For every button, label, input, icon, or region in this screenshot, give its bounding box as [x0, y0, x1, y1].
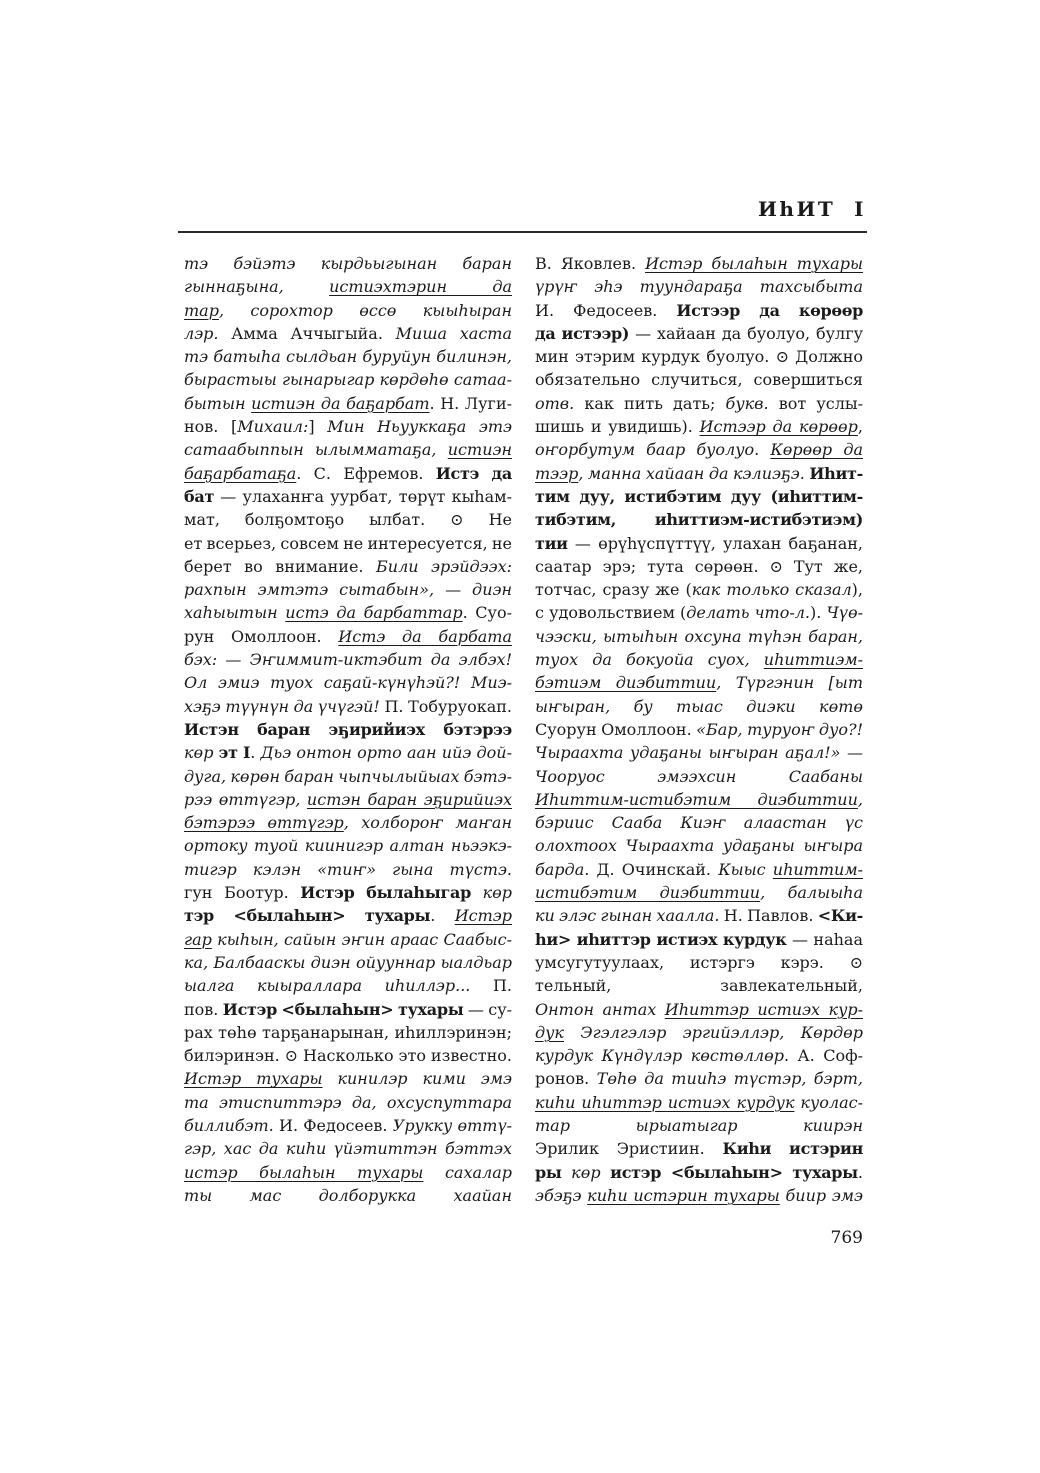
citation-text: как только сказал [692, 580, 852, 599]
text-segment: Н. Павлов. [720, 906, 818, 925]
citation-text: курдук Күндүлэр көстөллөр. [535, 1046, 789, 1065]
cited-form-text: Истэр былаһын тухары [645, 254, 863, 273]
text-line: бэриис Сааба Киэҥ алаастан үс биэрэстэ [535, 811, 863, 834]
headword-text: ры [535, 1163, 562, 1182]
text-segment: рун Омоллоон. [184, 627, 338, 646]
citation-text: тигэр кэлэн «тиҥ» гына түстэ. [184, 860, 512, 879]
text-line: бытын истиэн да баҕарбат. Н. Луги- [184, 392, 512, 415]
text-segment: тотчас, сразу же ( [535, 580, 692, 599]
text-line: умсугутуулаах, истэргэ кэрэ. ⊙ Увлека- [535, 951, 863, 974]
text-line: рээ өттүгэр, истэн баран эҕирийиэх [184, 788, 512, 811]
text-segment: . Н. Луги- [430, 394, 512, 413]
text-line: та этиспиттэрэ да, охсуспуттара да [184, 1091, 512, 1114]
text-segment: нов. [ [184, 417, 237, 436]
text-line: тибэтим, иһиттиэм-истибэтиэм) диэбит- [535, 508, 863, 531]
text-segment: рах төһө тарҕанарынан, иһиллэринэн; киһи [184, 1023, 512, 1044]
text-segment: ), [852, 580, 863, 599]
citation-text: бырастыы гынарыгар көрдөһө сатаа- [184, 370, 512, 389]
citation-text: рээ өттүгэр, [184, 790, 307, 809]
text-segment: ет всерьез, совсем не интересуется, не [184, 534, 512, 553]
text-line: тар ырыатыгар киирэн таҕыстылар. [535, 1114, 863, 1137]
text-line: тар, сорохтор өссө кыыһыран кэбиһэл- [184, 299, 512, 322]
citation-text: гыннаҕына, [184, 277, 329, 296]
text-segment: мат, болҕомтоҕо ылбат. ⊙ Не принима- [184, 510, 512, 531]
text-segment: билэринэн. ⊙ Насколько это известно. [184, 1046, 512, 1065]
headword-text: да истээр) [535, 324, 629, 343]
citation-text: олохтоох Чыраахта удаҕаны ыҥыра [535, 836, 863, 855]
text-line: пов. Истэр <былаһын> тухары — су- [184, 998, 512, 1021]
text-line: эбэҕэ киһи истэрин тухары биир эмэ [535, 1184, 863, 1207]
citation-text: сатаабыппын ылымматаҕа, [184, 440, 448, 459]
citation-text: Ол эмиэ туох саҕай-күнүһэй?! Миэ- [184, 673, 512, 692]
text-segment: ронов. [535, 1069, 597, 1088]
cited-form-text: тээр [535, 464, 578, 483]
citation-text: Мин Ньууккаҕа этэ [327, 417, 512, 436]
text-line: Онтон антах Иһиттэр истиэх кур- [535, 998, 863, 1021]
text-line: мат, болҕомтоҕо ылбат. ⊙ Не принима- [184, 508, 512, 531]
citation-text: Михаил: [237, 417, 308, 436]
citation-text: тэ бэйэтэ кырдьыгынан баран көрөөрү [184, 254, 512, 275]
text-segment: берет во внимание. [184, 557, 376, 576]
citation-text: бэриис Сааба Киэҥ алаастан үс биэрэстэ [535, 813, 863, 834]
text-line: истэр былаһын тухары сахалар быһы- [184, 1161, 512, 1184]
cited-form-text: истэ да барбаттар [285, 603, 462, 622]
text-line: Чооруос эмээхсин Саабаны көбүөлээтэ. [535, 765, 863, 788]
citation-text: делать что-л. [686, 603, 810, 622]
citation-text: көр [471, 883, 512, 902]
text-line: ронов. Төһө да тииһэ түстэр, бэрт, [535, 1067, 863, 1090]
text-line: рахпын эмтэтэ сытабын», — диэн [184, 578, 512, 601]
headword-text: һи> иһиттэр истиэх курдук [535, 930, 786, 949]
text-line: тэ бэйэтэ кырдьыгынан баран көрөөрү [184, 252, 512, 275]
text-segment: — наһаа [786, 930, 863, 949]
citation-text: ты мас долборукка хаайан оҥороллоро. [184, 1186, 512, 1207]
text-line: көр эт I. Дьэ онтон орто аан ийэ дой- [184, 741, 512, 764]
text-line: тим дуу, истибэтим дуу (иһиттим-ис- [535, 485, 863, 508]
text-segment: , [858, 417, 863, 436]
text-line: Иһиттим-истибэтим диэбиттии, Мэй- [535, 788, 863, 811]
cited-form-text: бэтэрээ өттүгэр [184, 813, 344, 832]
citation-text: эбэҕэ [535, 1186, 587, 1205]
text-line: бат — улаханҥа уурбат, төрүт кыһам- [184, 485, 512, 508]
citation-text: Урукку өттү- [393, 1116, 512, 1135]
text-segment: . [430, 906, 454, 925]
text-line: И. Федосеев. Истээр да көрөөр (көрөөр [535, 299, 863, 322]
text-line: истибэтим диэбиттии, балыыһа диэ- [535, 881, 863, 904]
citation-text: хэҕэ түүнүн да үчүгэй! [184, 697, 380, 716]
text-line: бырастыы гынарыгар көрдөһө сатаа- [184, 368, 512, 391]
text-line: ыалга кыыраллара иһиллэр... П. Филип- [184, 974, 512, 997]
text-line: нов. [Михаил:] Мин Ньууккаҕа этэ [184, 415, 512, 438]
text-segment: вот услы- [769, 394, 863, 413]
citation-text: Дьэ онтон орто аан ийэ дой- [261, 743, 512, 762]
text-segment: В. Яковлев. [535, 254, 645, 273]
text-segment: как пить дать; [574, 394, 725, 413]
text-line: гыннаҕына, истиэхтэрин да баҕарбат- [184, 275, 512, 298]
text-line: сатаабыппын ылымматаҕа, истиэн да [184, 438, 512, 461]
headword-text: тибэтим, иһиттиэм-истибэтиэм) диэбит- [535, 510, 863, 531]
text-line: һи> иһиттэр истиэх курдук — наһаа [535, 928, 863, 951]
text-line: үрүҥ эһэ туундараҕа тахсыбыта суоҕа. [535, 275, 863, 298]
citation-text: туох да бокуойа суох, [535, 650, 764, 669]
citation-text: кыһын, сайын эҥин араас Саабыс- [212, 930, 512, 949]
headword-text: Истэр былаһыгар [300, 883, 471, 902]
text-line: билэринэн. ⊙ Насколько это известно. [184, 1044, 512, 1067]
text-line: барда. Д. Очинскай. Кыыс иһиттим- [535, 858, 863, 881]
text-line: биллибэт. И. Федосеев. Урукку өттү- [184, 1114, 512, 1137]
text-segment: . Суо- [463, 603, 512, 622]
text-segment: Эрилик Эристиин. [535, 1139, 722, 1158]
cited-form-text: истэр былаһын тухары [184, 1163, 423, 1182]
text-line: рун Омоллоон. Истэ да барбата Түлүр- [184, 625, 512, 648]
text-line: ры көр истэр <былаһын> тухары. Бу [535, 1161, 863, 1184]
text-segment: Суорун Омоллоон. [535, 720, 696, 739]
cited-form-text: киһи истэрин тухары [587, 1186, 780, 1205]
text-line: Истэр тухары кинилэр кими эмэ кыт- [184, 1067, 512, 1090]
citation-text: отв. [535, 394, 574, 413]
text-line: дуга, көрөн баран чыпчылыйыах бэтэ- [184, 765, 512, 788]
cited-form-text: Истэр тухары [184, 1069, 323, 1088]
text-line: да истээр) — хайаан да буолуо, булгу [535, 322, 863, 345]
citation-text: көр [184, 743, 219, 762]
text-line: тотчас, сразу же (как только сказал), [535, 578, 863, 601]
page-header-title: ИһИТ I [178, 197, 866, 221]
cited-form-text: киһи иһиттэр истиэх курдук [535, 1093, 795, 1112]
citation-text: гэр, хас да киһи үйэтиттэн бэттэх [184, 1139, 512, 1158]
headword-text: эт I [219, 743, 251, 762]
text-line: ка, Балбааскы диэн ойууннар ыалдьар [184, 951, 512, 974]
text-segment: гун Боотур. [184, 883, 300, 902]
citation-text: Төһө да тииһэ түстэр, бэрт, [597, 1069, 863, 1088]
text-line: ет всерьез, совсем не интересуется, не [184, 532, 512, 555]
text-segment: шишь и увидишь). [535, 417, 700, 436]
text-line: отв. как пить дать; букв. вот услы- [535, 392, 863, 415]
text-line: В. Яковлев. Истэр былаһын тухары [535, 252, 863, 275]
text-line: бэтэрээ өттүгэр, холбороҥ маҥан хочо [184, 811, 512, 834]
text-line: тэ батыһа сылдьан буруйун билинэн, [184, 345, 512, 368]
citation-text: лэр. [184, 324, 218, 343]
citation-text: Чооруос эмээхсин Саабаны көбүөлээтэ. [535, 767, 863, 788]
text-line: олохтоох Чыраахта удаҕаны ыҥыра [535, 834, 863, 857]
citation-text: биир эмэ [780, 1186, 863, 1205]
text-line: тельный, завлекательный, захватывающий. [535, 974, 863, 997]
headword-text: тим дуу, истибэтим дуу (иһиттим-ис- [535, 487, 863, 508]
citation-text: көр [562, 1163, 611, 1182]
text-line: киһи иһиттэр истиэх курдук куолас- [535, 1091, 863, 1114]
cited-form-text: истиэн да баҕарбат [251, 394, 429, 413]
text-line: бэтиэм диэбиттии, Түргэнин [ыт аата] [535, 671, 863, 694]
text-line: Ол эмиэ туох саҕай-күнүһэй?! Миэ- [184, 671, 512, 694]
cited-form-text: дук [535, 1023, 564, 1042]
citation-text: тэ батыһа сылдьан буруйун билинэн, [184, 347, 512, 366]
cited-form-text: Иһиттим-истибэтим диэбиттии [535, 790, 858, 809]
text-line: шишь и увидишь). Истээр да көрөөр, [535, 415, 863, 438]
cited-form-text: истибэтим диэбиттии [535, 883, 760, 902]
text-segment: . [250, 743, 260, 762]
citation-text: тар ырыатыгар киирэн таҕыстылар. [535, 1116, 863, 1137]
text-line: гэр, хас да киһи үйэтиттэн бэттэх [184, 1137, 512, 1160]
text-segment: — су- [463, 1000, 512, 1019]
text-segment: — улаханҥа уурбат, төрүт кыһам- [214, 487, 512, 506]
citation-text: барда. [535, 860, 589, 879]
citation-text: ыалга кыыраллара иһиллэр... [184, 976, 470, 995]
cited-form-text: Иһиттэр истиэх кур- [665, 1000, 863, 1019]
headword-text: Иһит- [809, 464, 863, 483]
text-line: мин этэрим курдук буолуо. ⊙ Должно [535, 345, 863, 368]
text-line: туох да бокуойа суох, иһиттиэм-исти- [535, 648, 863, 671]
headword-text: тэр <былаһын> тухары [184, 906, 430, 925]
headword-text: Истэр <былаһын> тухары [223, 1000, 464, 1019]
text-line: Чыраахта удаҕаны ыҥыран аҕал!» — [535, 741, 863, 764]
headword-text: истэр <былаһын> тухары [610, 1163, 858, 1182]
text-line: хаһыытын истэ да барбаттар. Суо- [184, 601, 512, 624]
cited-form-text: истэн баран эҕирийиэх [307, 790, 512, 809]
dictionary-page: ИһИТ I тэ бэйэтэ кырдьыгынан баран көрөө… [0, 0, 1040, 1473]
text-segment: П. Тобуруокап. [380, 697, 512, 716]
citation-text: ыҥыран, бу тыас диэки көтө турбута. [535, 697, 863, 718]
cited-form-text: иһиттим- [773, 860, 863, 879]
text-segment: саатар эрэ; тута сөрөөн. ⊙ Тут же, [535, 557, 863, 576]
citation-text: биллибэт. [184, 1116, 274, 1135]
citation-text: дуга, көрөн баран чыпчылыйыах бэтэ- [184, 767, 512, 786]
text-segment: ] [308, 417, 327, 436]
text-line: курдук Күндүлэр көстөллөр. А. Соф- [535, 1044, 863, 1067]
text-segment: обязательно случиться, совершиться ( [535, 370, 863, 391]
text-line: с удовольствием (делать что-л.). Чүө- [535, 601, 863, 624]
headword-text: тии [535, 534, 568, 553]
text-segment: Амма Аччыгыйа. [218, 324, 395, 343]
text-segment: умсугутуулаах, истэргэ кэрэ. ⊙ Увлека- [535, 953, 863, 974]
text-segment: . С. Ефремов. [296, 464, 435, 483]
text-line: ки элэс гынан хаалла. Н. Павлов. <Ки- [535, 904, 863, 927]
text-line: ортоку туой киинигэр алтан ньээкэ- [184, 834, 512, 857]
text-line: лэр. Амма Аччыгыйа. Миша хаста эмэ- [184, 322, 512, 345]
text-line: тэр <былаһын> тухары. Истэр былаһы- [184, 904, 512, 927]
text-line: чээски, ытыһын охсуна түһэн баран, [535, 625, 863, 648]
text-segment: — хайаан да буолуо, булгу [629, 324, 863, 343]
cited-form-text: гар [184, 930, 212, 949]
column-left: тэ бэйэтэ кырдьыгынан баран көрөөрүгынна… [184, 252, 512, 1207]
citation-text: «Бар, туруоҥ дуо?! [696, 720, 863, 739]
text-segment: с удовольствием ( [535, 603, 686, 622]
citation-text: , манна хайаан да кэлиэҕэ. [578, 464, 809, 483]
citation-text: ки элэс гынан хаалла. [535, 906, 720, 925]
headword-text: Истэн баран эҕирийиэх бэтэрээ өттүгэр [184, 720, 512, 741]
text-segment: И. Федосеев. [535, 301, 676, 320]
cited-form-text: баҕарбатаҕа [184, 464, 296, 483]
text-segment: — өрүһүспүттүү, улахан баҕанан, [568, 534, 863, 553]
text-line: ыҥыран, бу тыас диэки көтө турбута. [535, 695, 863, 718]
cited-form-text: Истэ да барбата [338, 627, 512, 646]
text-segment: Д. Очинскай. [589, 860, 718, 879]
citation-text: та этиспиттэрэ да, охсуспуттара да [184, 1093, 512, 1114]
header-divider-rule [178, 231, 867, 233]
citation-text: рахпын эмтэтэ сытабын», — диэн [184, 580, 512, 599]
text-line: рах төһө тарҕанарынан, иһиллэринэн; киһи [184, 1021, 512, 1044]
text-line: ты мас долборукка хаайан оҥороллоро. [184, 1184, 512, 1207]
text-line: тии — өрүһүспүттүү, улахан баҕанан, [535, 532, 863, 555]
text-segment: А. Соф- [789, 1046, 863, 1065]
text-segment: ). [810, 603, 826, 622]
text-segment: пов. [184, 1000, 223, 1019]
cited-form-text: бэтиэм диэбиттии [535, 673, 716, 692]
citation-text: үрүҥ эһэ туундараҕа тахсыбыта суоҕа. [535, 277, 863, 298]
citation-text: Чыраахта удаҕаны ыҥыран аҕал!» — [535, 743, 863, 762]
text-line: бэх: — Эҥиммит-иктэбит да элбэх! [184, 648, 512, 671]
citation-text: Эгэлгэлэр эргийэллэр, Көрдөр көрүөх [535, 1023, 863, 1044]
text-line: гун Боотур. Истэр былаһыгар көр ис- [184, 881, 512, 904]
cited-form-text: тар [184, 301, 219, 320]
text-line: Суорун Омоллоон. «Бар, туруоҥ дуо?! [535, 718, 863, 741]
text-line: саатар эрэ; тута сөрөөн. ⊙ Тут же, [535, 555, 863, 578]
text-line: оҥорбутум баар буолуо. Көрөөр да ис- [535, 438, 863, 461]
text-line: тээр, манна хайаан да кэлиэҕэ. Иһит- [535, 462, 863, 485]
text-line: Эрилик Эристиин. Киһи истэрин туха- [535, 1137, 863, 1160]
text-line: Истэн баран эҕирийиэх бэтэрээ өттүгэр [184, 718, 512, 741]
headword-text: бат [184, 487, 214, 506]
citation-text: чээски, ытыһын охсуна түһэн баран, [535, 627, 863, 646]
text-line: берет во внимание. Били эрэйдээх: «Ха- [184, 555, 512, 578]
page-number: 769 [535, 1228, 863, 1248]
text-line: баҕарбатаҕа. С. Ефремов. Истэ да бар- [184, 462, 512, 485]
text-line: тигэр кэлэн «тиҥ» гына түстэ. Ньур- [184, 858, 512, 881]
citation-text: Кыыс [718, 860, 773, 879]
citation-text: , сорохтор өссө кыыһыран кэбиһэл- [184, 301, 512, 322]
citation-text: бэх: — Эҥиммит-иктэбит да элбэх! [184, 650, 512, 669]
citation-text: оҥорбутум баар буолуо. [535, 440, 770, 459]
text-line: дук Эгэлгэлэр эргийэллэр, Көрдөр көрүөх [535, 1021, 863, 1044]
text-line: обязательно случиться, совершиться (со- [535, 368, 863, 391]
citation-text: Онтон антах [535, 1000, 665, 1019]
text-segment: И. Федосеев. [274, 1116, 393, 1135]
cited-form-text: Истээр да көрөөр [700, 417, 858, 436]
text-segment: тельный, завлекательный, захватывающий. [535, 976, 863, 997]
citation-text: ка, Балбааскы диэн ойууннар ыалдьар [184, 953, 512, 972]
headword-text: <Ки- [818, 906, 863, 925]
citation-text: букв. [726, 394, 769, 413]
text-segment: мин этэрим курдук буолуо. ⊙ Должно [535, 347, 863, 366]
column-right: В. Яковлев. Истэр былаһын тухарыүрүҥ эһэ… [535, 252, 863, 1207]
text-segment: . [858, 1163, 863, 1182]
citation-text: ортоку туой киинигэр алтан ньээкэ- [184, 836, 512, 855]
citation-text: куолас- [795, 1093, 864, 1112]
text-line: хэҕэ түүнүн да үчүгэй! П. Тобуруокап. [184, 695, 512, 718]
citation-text: Чүө- [826, 603, 863, 622]
citation-text: хаһыытын [184, 603, 285, 622]
citation-text: бытын [184, 394, 251, 413]
text-line: гар кыһын, сайын эҥин араас Саабыс- [184, 928, 512, 951]
